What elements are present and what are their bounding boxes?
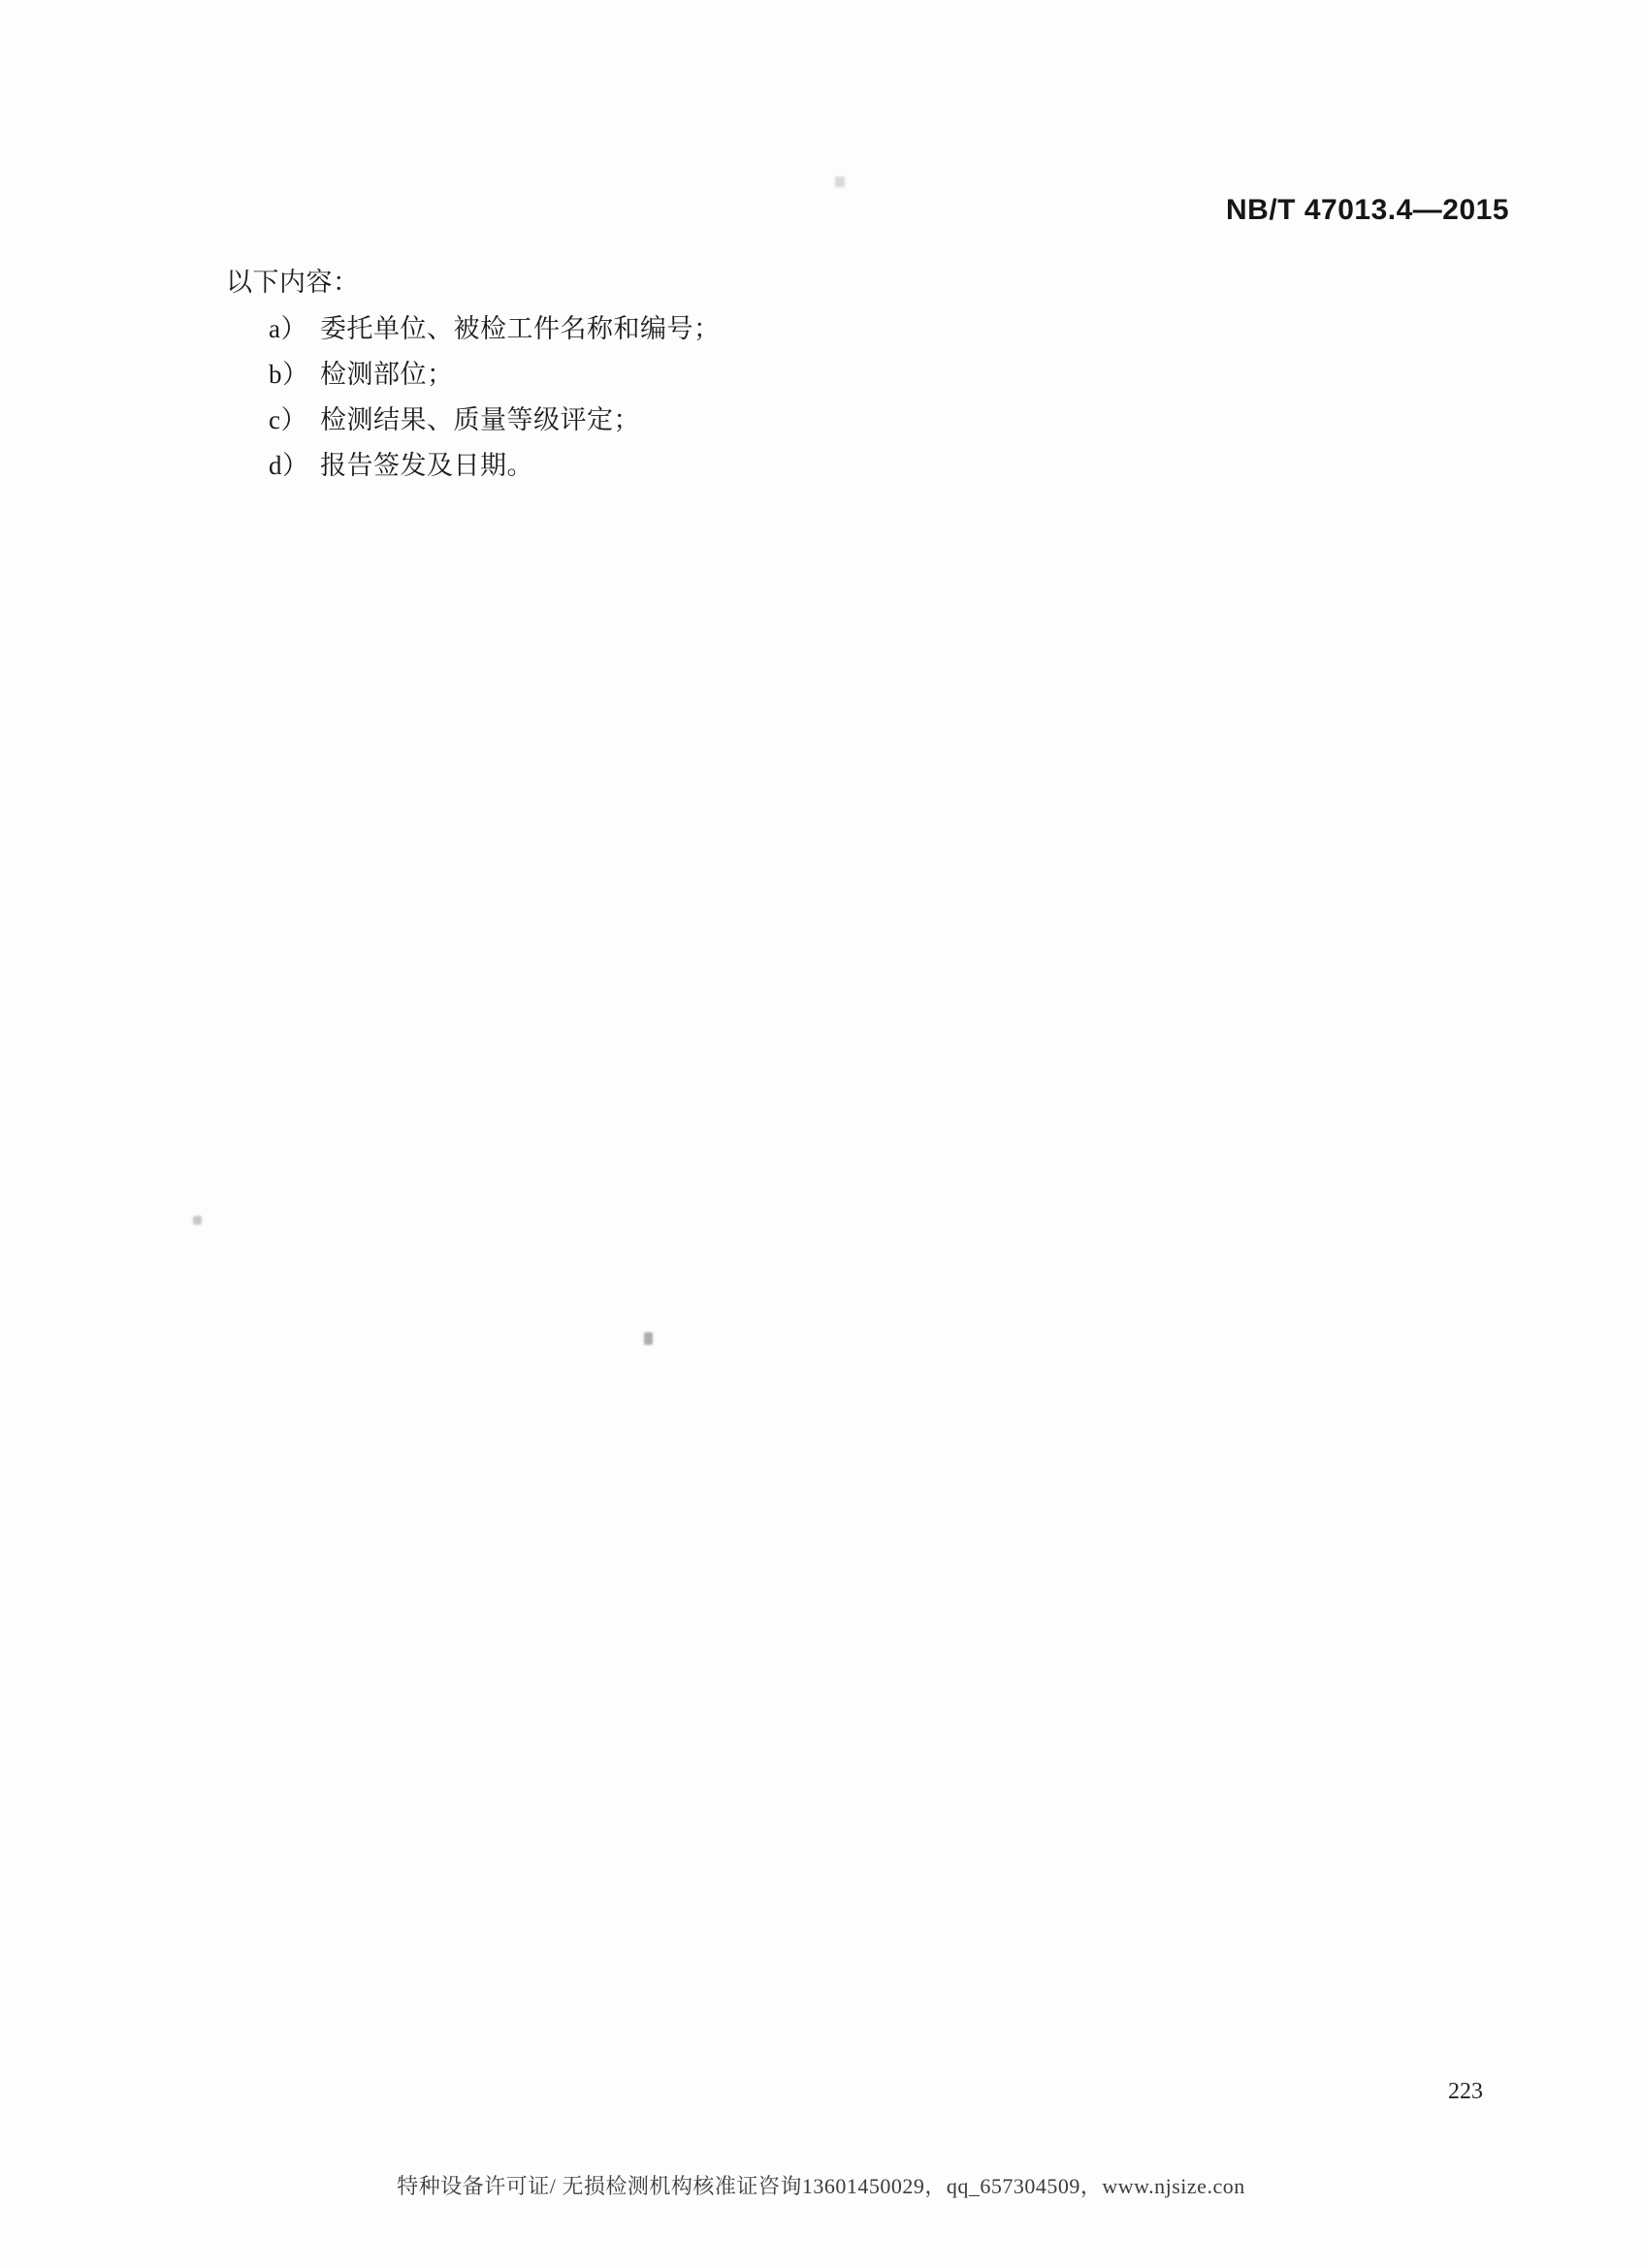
intro-line: 以下内容： (226, 261, 360, 299)
document-page: NB/T 47013.4—2015 以下内容： a）委托单位、被检工件名称和编号… (0, 0, 1642, 2268)
list-item-text: 报告签发及日期。 (320, 451, 533, 480)
list-item-text: 委托单位、被检工件名称和编号； (320, 314, 721, 343)
scan-artifact (644, 1332, 653, 1345)
page-number: 223 (1448, 2079, 1483, 2105)
list-item-marker: a） (269, 307, 320, 345)
list-item-d: d）报告签发及日期。 (269, 444, 721, 490)
scan-artifact (193, 1216, 202, 1225)
list-item-marker: c） (269, 399, 320, 436)
clause-list: a）委托单位、被检工件名称和编号； b）检测部位； c）检测结果、质量等级评定；… (269, 307, 721, 490)
list-item-marker: b） (269, 353, 320, 391)
footer-watermark: 特种设备许可证/ 无损检测机构核准证咨询13601450029，qq_65730… (0, 2170, 1642, 2200)
list-item-c: c）检测结果、质量等级评定； (269, 399, 721, 444)
list-item-a: a）委托单位、被检工件名称和编号； (269, 307, 721, 353)
list-item-text: 检测结果、质量等级评定； (320, 405, 640, 434)
scan-artifact (835, 176, 845, 187)
list-item-text: 检测部位； (320, 360, 454, 389)
list-item-b: b）检测部位； (269, 353, 721, 399)
list-item-marker: d） (269, 444, 320, 482)
standard-number-header: NB/T 47013.4—2015 (1226, 194, 1509, 227)
